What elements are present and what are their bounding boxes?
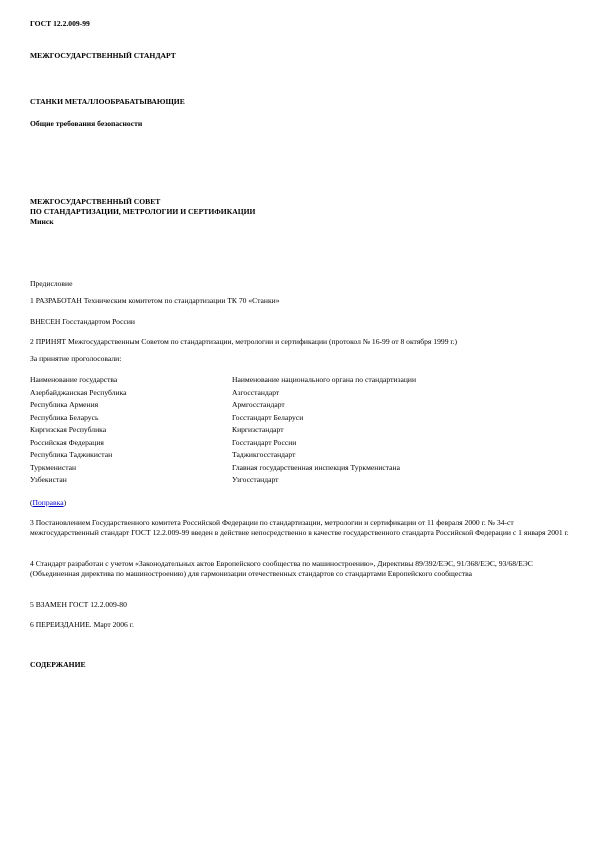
council-city: Минск <box>30 217 54 227</box>
table-cell-state: Узбекистан <box>30 475 232 488</box>
table-cell-body: Киргизстандарт <box>232 425 416 438</box>
table-header-cell: Наименование национального органа по ста… <box>232 375 416 388</box>
preface-item-1: 1 РАЗРАБОТАН Техническим комитетом по ст… <box>30 296 280 306</box>
table-cell-state: Республика Таджикистан <box>30 450 232 463</box>
table-cell-body: Госстандарт России <box>232 438 416 451</box>
preface-item-4: 4 Стандарт разработан с учетом «Законода… <box>30 559 575 579</box>
table-cell-body: Узгосстандарт <box>232 475 416 488</box>
table-cell-state: Туркменистан <box>30 463 232 476</box>
council-line-2: ПО СТАНДАРТИЗАЦИИ, МЕТРОЛОГИИ И СЕРТИФИК… <box>30 207 255 217</box>
preface-item-3: 3 Постановлением Государственного комите… <box>30 518 575 538</box>
contents-heading: СОДЕРЖАНИЕ <box>30 660 86 670</box>
table-cell-state: Российская Федерация <box>30 438 232 451</box>
table-cell-body: Госстандарт Беларуси <box>232 413 416 426</box>
table-row: Киргизская Республика Киргизстандарт <box>30 425 416 438</box>
doc-code: ГОСТ 12.2.009-99 <box>30 19 90 29</box>
preface-item-6: 6 ПЕРЕИЗДАНИЕ. Март 2006 г. <box>30 620 134 630</box>
standard-type: МЕЖГОСУДАРСТВЕННЫЙ СТАНДАРТ <box>30 51 176 61</box>
table-row: Российская Федерация Госстандарт России <box>30 438 416 451</box>
amendment-line: (Поправка) <box>30 498 66 508</box>
amendment-link[interactable]: Поправка <box>33 498 64 507</box>
table-cell-state: Киргизская Республика <box>30 425 232 438</box>
preface-item-2: 2 ПРИНЯТ Межгосударственным Советом по с… <box>30 337 457 347</box>
table-row: Туркменистан Главная государственная инс… <box>30 463 416 476</box>
council-line-1: МЕЖГОСУДАРСТВЕННЫЙ СОВЕТ <box>30 197 160 207</box>
document-subtitle: Общие требования безопасности <box>30 119 142 129</box>
voting-table: Наименование государства Наименование на… <box>30 375 416 488</box>
preface-item-1b: ВНЕСЕН Госстандартом России <box>30 317 135 327</box>
table-row: Азербайджанская Республика Азгосстандарт <box>30 388 416 401</box>
preface-item-5: 5 ВЗАМЕН ГОСТ 12.2.009-80 <box>30 600 127 610</box>
table-header-cell: Наименование государства <box>30 375 232 388</box>
table-row: Узбекистан Узгосстандарт <box>30 475 416 488</box>
document-title: СТАНКИ МЕТАЛЛООБРАБАТЫВАЮЩИЕ <box>30 97 185 107</box>
table-cell-state: Азербайджанская Республика <box>30 388 232 401</box>
preface-heading: Предисловие <box>30 279 72 289</box>
table-row: Республика Беларусь Госстандарт Беларуси <box>30 413 416 426</box>
table-header-row: Наименование государства Наименование на… <box>30 375 416 388</box>
table-row: Республика Таджикистан Таджикгосстандарт <box>30 450 416 463</box>
voted-label: За принятие проголосовали: <box>30 354 121 364</box>
table-cell-body: Азгосстандарт <box>232 388 416 401</box>
table-cell-body: Таджикгосстандарт <box>232 450 416 463</box>
table-cell-state: Республика Беларусь <box>30 413 232 426</box>
table-row: Республика Армения Армгосстандарт <box>30 400 416 413</box>
table-cell-state: Республика Армения <box>30 400 232 413</box>
table-cell-body: Армгосстандарт <box>232 400 416 413</box>
table-cell-body: Главная государственная инспекция Туркме… <box>232 463 416 476</box>
paren-close: ) <box>64 498 67 507</box>
